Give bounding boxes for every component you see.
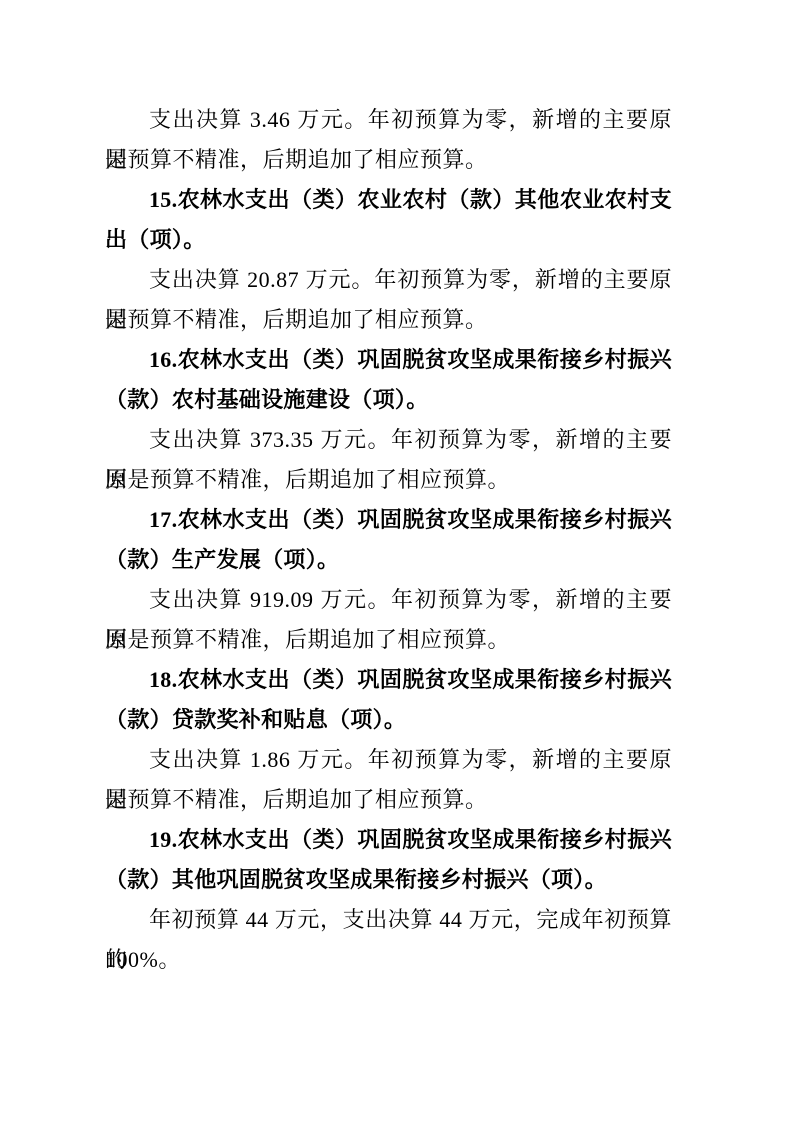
body-line: 是预算不精准，后期追加了相应预算。 <box>105 140 672 180</box>
heading-line: 16.农林水支出（类）巩固脱贫攻坚成果衔接乡村振兴 <box>105 340 672 380</box>
body-line: 100%。 <box>105 940 672 980</box>
heading-line: （款）农村基础设施建设（项）。 <box>105 380 672 420</box>
body-line: 因是预算不精准，后期追加了相应预算。 <box>105 620 672 660</box>
body-line: 支出决算 373.35 万元。年初预算为零，新增的主要原 <box>105 420 672 460</box>
body-line: 是预算不精准，后期追加了相应预算。 <box>105 300 672 340</box>
body-line: 支出决算 919.09 万元。年初预算为零，新增的主要原 <box>105 580 672 620</box>
heading-line: （款）生产发展（项）。 <box>105 540 672 580</box>
heading-line: （款）其他巩固脱贫攻坚成果衔接乡村振兴（项）。 <box>105 860 672 900</box>
heading-line: 17.农林水支出（类）巩固脱贫攻坚成果衔接乡村振兴 <box>105 500 672 540</box>
heading-line: 15.农林水支出（类）农业农村（款）其他农业农村支 <box>105 180 672 220</box>
heading-line: 出（项）。 <box>105 220 672 260</box>
body-line: 支出决算 1.86 万元。年初预算为零，新增的主要原因 <box>105 740 672 780</box>
body-line: 因是预算不精准，后期追加了相应预算。 <box>105 460 672 500</box>
heading-line: 19.农林水支出（类）巩固脱贫攻坚成果衔接乡村振兴 <box>105 820 672 860</box>
document-page: 支出决算 3.46 万元。年初预算为零，新增的主要原因是预算不精准，后期追加了相… <box>0 0 793 1122</box>
heading-line: 18.农林水支出（类）巩固脱贫攻坚成果衔接乡村振兴 <box>105 660 672 700</box>
body-line: 年初预算 44 万元，支出决算 44 万元，完成年初预算的 <box>105 900 672 940</box>
body-line: 支出决算 3.46 万元。年初预算为零，新增的主要原因 <box>105 100 672 140</box>
document-content: 支出决算 3.46 万元。年初预算为零，新增的主要原因是预算不精准，后期追加了相… <box>105 100 672 980</box>
body-line: 支出决算 20.87 万元。年初预算为零，新增的主要原因 <box>105 260 672 300</box>
heading-line: （款）贷款奖补和贴息（项）。 <box>105 700 672 740</box>
body-line: 是预算不精准，后期追加了相应预算。 <box>105 780 672 820</box>
